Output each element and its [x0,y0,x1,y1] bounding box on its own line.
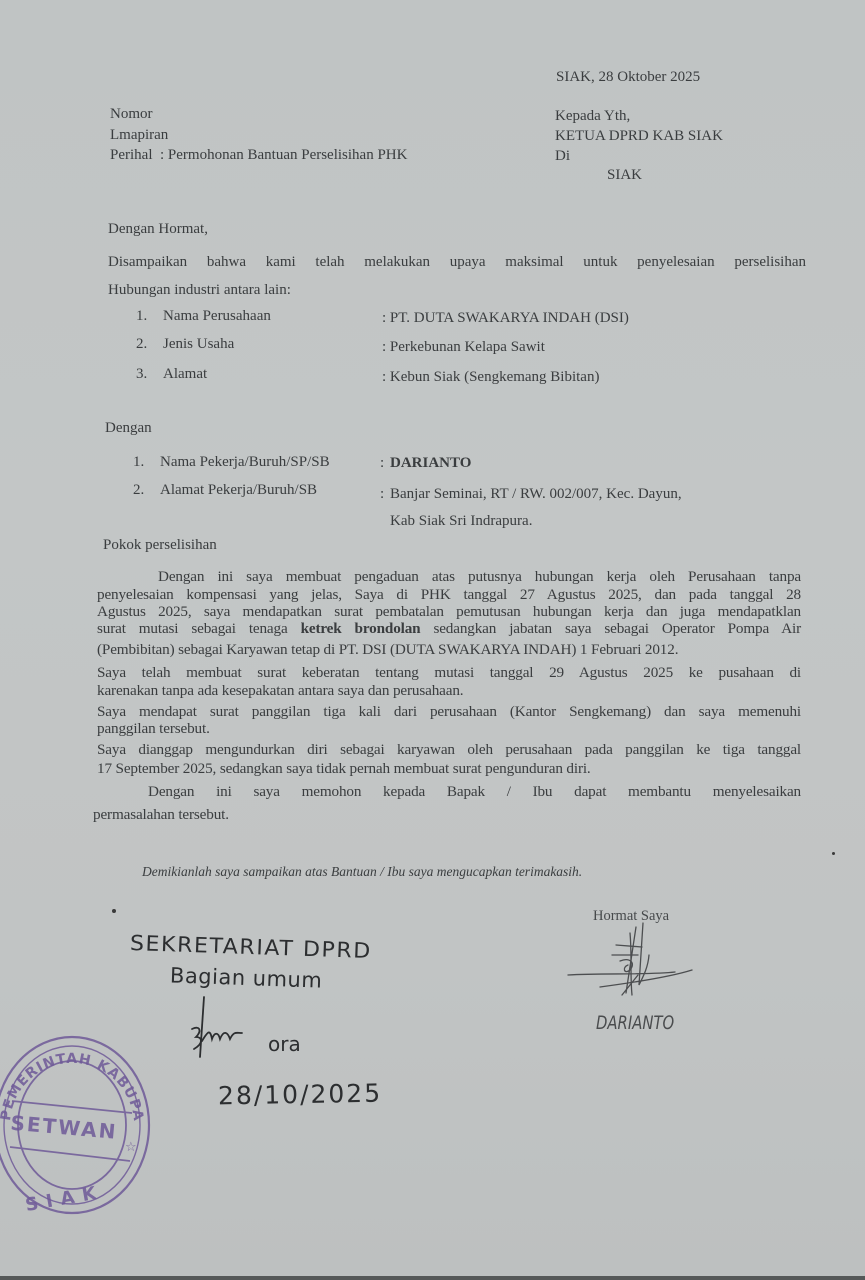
ink-speck [112,909,116,913]
body-line: Saya telah membuat surat keberatan tenta… [97,664,801,682]
salutation: Dengan Hormat, [108,220,208,238]
svg-text:☆: ☆ [125,1140,137,1155]
body-line: Agustus 2025, saya mendapatkan surat pem… [97,603,801,621]
body-line: penyelesaian kompensasi yang jelas, Saya… [97,586,801,604]
item-label: Jenis Usaha [163,335,234,353]
item-value: : Perkebunan Kelapa Sawit [382,338,545,356]
item-number: 2. [136,335,147,353]
item-colon: : [380,485,384,503]
place-date: SIAK, 28 Oktober 2025 [556,68,700,86]
item-value: : Kebun Siak (Sengkemang Bibitan) [382,368,599,386]
item-colon: : [380,454,384,472]
perihal-label: Perihal [110,146,153,164]
bold-job-title: ketrek brondolan [301,620,421,637]
body-line: karenakan tanpa ada kesepakatan antara s… [97,682,801,700]
signature-icon [560,915,700,1010]
item-number: 3. [136,365,147,383]
receipt-initials: ora [268,1032,301,1056]
worker-address: Banjar Seminai, RT / RW. 002/007, Kec. D… [390,485,682,503]
dispute-heading: Pokok perselisihan [103,536,217,554]
receipt-date: 28/10/2025 [218,1079,383,1111]
body-line: panggilan tersebut. [97,720,801,738]
signer-name: DARIANTO [596,1012,674,1034]
body-text: sedangkan jabatan saya sebagai Operator … [420,620,801,637]
body-line: Dengan ini saya membuat pengaduan atas p… [158,568,801,586]
recipient-line-1: Kepada Yth, [555,107,630,125]
item-label: Nama Pekerja/Buruh/SP/SB [160,453,330,471]
nomor-label: Nomor [110,105,153,123]
body-line: Dengan ini saya memohon kepada Bapak / I… [148,783,801,801]
intro-line-2: Hubungan industri antara lain: [108,281,291,299]
body-line: (Pembibitan) sebagai Karyawan tetap di P… [97,641,777,659]
body-line: permasalahan tersebut. [93,806,797,824]
stamp-center-text: SETWAN [10,1111,119,1144]
recipient-line-2: KETUA DPRD KAB SIAK [555,127,723,145]
item-label: Nama Perusahaan [163,307,271,325]
letter-page: SIAK, 28 Oktober 2025 Nomor Lmapiran Per… [0,0,865,1276]
perihal-value: : Permohonan Bantuan Perselisihan PHK [160,146,407,164]
body-line: 17 September 2025, sedangkan saya tidak … [97,760,801,778]
recipient-line-4: SIAK [607,166,642,184]
item-label: Alamat [163,365,207,383]
body-line: Saya mendapat surat panggilan tiga kali … [97,703,801,721]
body-line: surat mutasi sebagai tenaga ketrek brond… [97,620,801,638]
body-line: Saya dianggap mengundurkan diri sebagai … [97,741,801,759]
item-number: 1. [136,307,147,325]
item-label: Alamat Pekerja/Buruh/SB [160,481,317,499]
receipt-line-2: Bagian umum [170,963,323,992]
ink-speck [832,852,835,855]
receipt-initials-signature-icon [190,993,265,1063]
intro-line-1: Disampaikan bahwa kami telah melakukan u… [108,253,806,271]
item-number: 2. [133,481,144,499]
receipt-line-1: SEKRETARIAT DPRD [130,931,373,963]
recipient-line-3: Di [555,147,570,165]
closing-line: Demikianlah saya sampaikan atas Bantuan … [142,864,582,880]
body-text: surat mutasi sebagai tenaga [97,620,301,637]
item-value: : PT. DUTA SWAKARYA INDAH (DSI) [382,309,629,327]
photo-bottom-edge [0,1276,865,1280]
lampiran-label: Lmapiran [110,126,168,144]
item-number: 1. [133,453,144,471]
worker-name: DARIANTO [390,454,471,472]
worker-address-line-2: Kab Siak Sri Indrapura. [390,512,532,530]
with-label: Dengan [105,419,152,437]
setwan-stamp: PEMERINTAH KABUPATEN SETWAN SIAK ☆ [0,1033,152,1215]
